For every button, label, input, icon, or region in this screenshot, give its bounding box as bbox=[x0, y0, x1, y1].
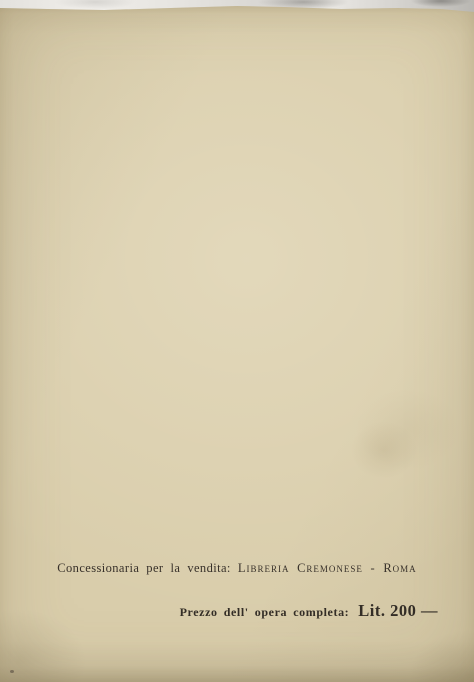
price-label-text: Prezzo dell' opera completa: bbox=[180, 605, 350, 620]
price-value-text: Lit. 200 — bbox=[358, 601, 438, 621]
aged-paper-sheet: Concessionaria per la vendita: Libreria … bbox=[0, 0, 474, 682]
photographed-book-back-page: Concessionaria per la vendita: Libreria … bbox=[0, 0, 474, 682]
publisher-name-text: Libreria Cremonese - Roma bbox=[238, 561, 417, 575]
paper-fleck bbox=[10, 670, 14, 673]
distributor-prefix-text: Concessionaria per la vendita: bbox=[57, 561, 231, 575]
distributor-line: Concessionaria per la vendita: Libreria … bbox=[0, 560, 474, 576]
price-line: Prezzo dell' opera completa: Lit. 200 — bbox=[180, 601, 438, 621]
